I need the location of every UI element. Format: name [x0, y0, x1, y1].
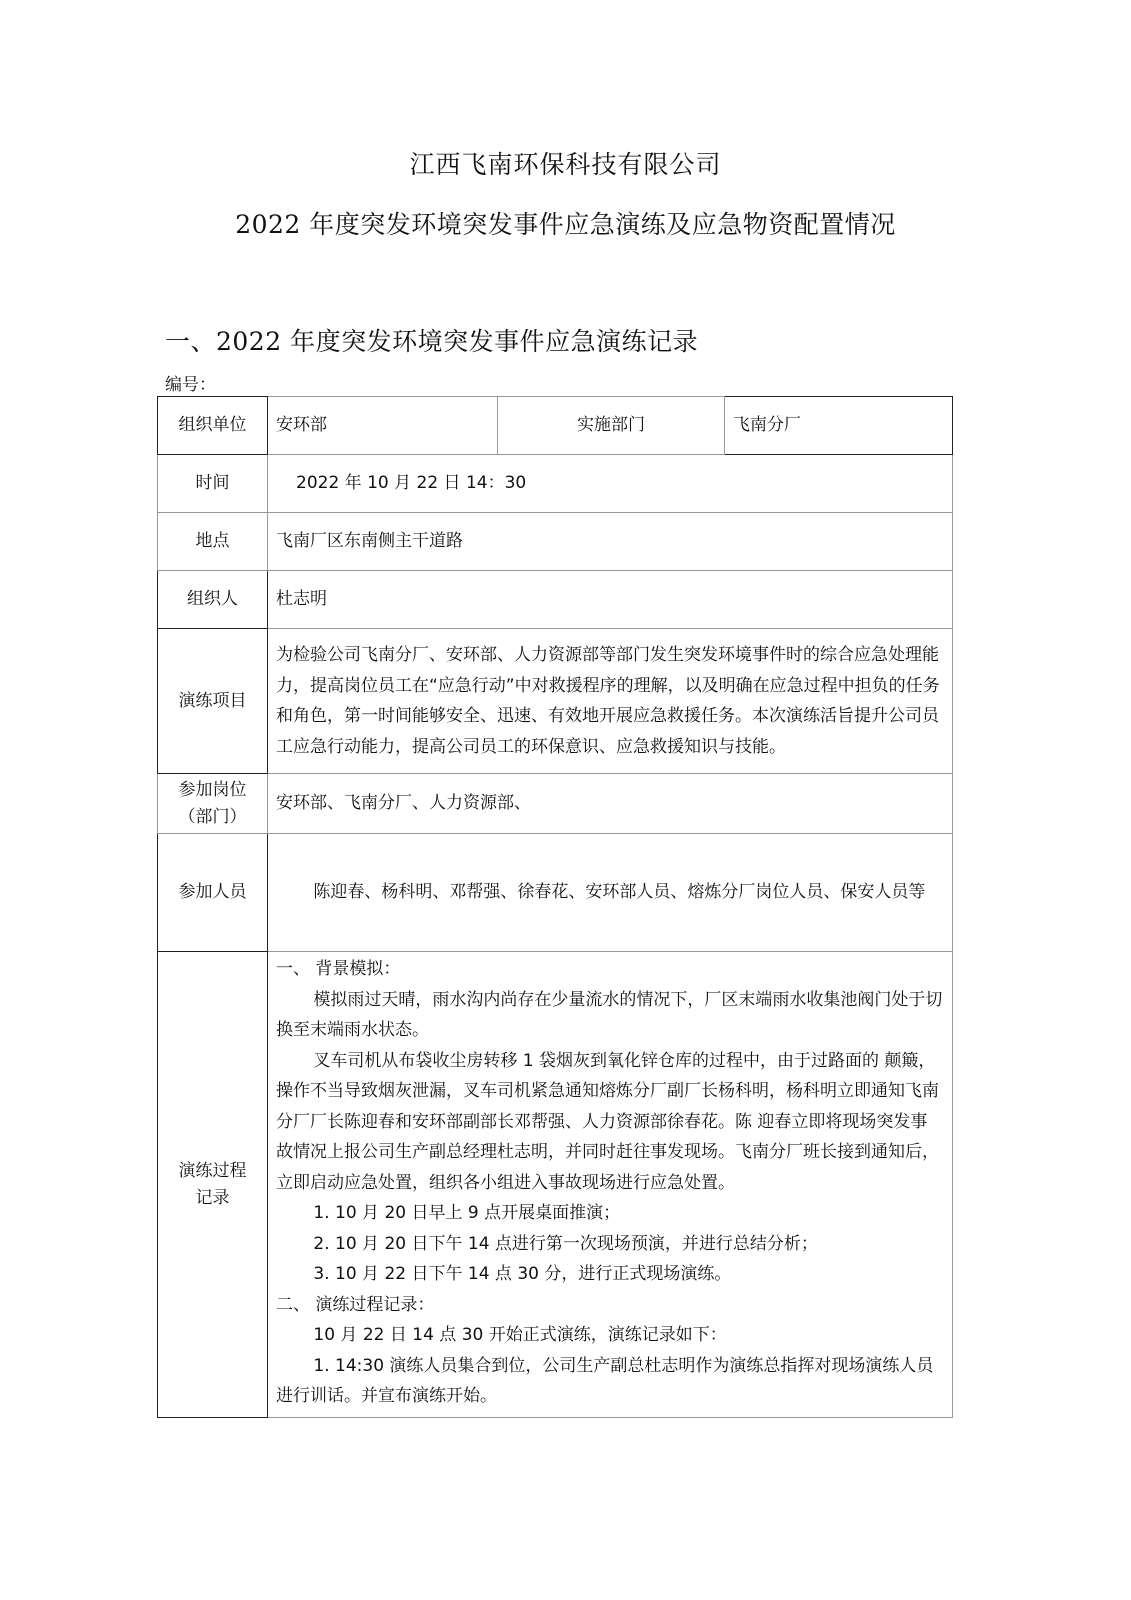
time-label: 时间	[158, 455, 268, 513]
process-paragraph: 叉车司机从布袋收尘房转移 1 袋烟灰到氧化锌仓库的过程中，由于过路面的 颠簸，操…	[276, 1046, 944, 1199]
impl-dept-value: 飞南分厂	[725, 397, 953, 455]
people-value: 陈迎春、杨科明、邓帮强、徐春花、安环部人员、熔炼分厂岗位人员、保安人员等	[268, 834, 953, 952]
process-paragraph: 10 月 22 日 14 点 30 开始正式演练，演练记录如下：	[276, 1320, 944, 1351]
company-title: 江西飞南环保科技有限公司	[0, 145, 1131, 181]
process-step: 3. 10 月 22 日下午 14 点 30 分，进行正式现场演练。	[276, 1259, 944, 1290]
process-label-line2: 记录	[166, 1185, 259, 1212]
table-row: 参加人员 陈迎春、杨科明、邓帮强、徐春花、安环部人员、熔炼分厂岗位人员、保安人员…	[158, 834, 953, 952]
drill-record-table: 组织单位 安环部 实施部门 飞南分厂 时间 2022 年 10 月 22 日 1…	[157, 396, 953, 1418]
place-value: 飞南厂区东南侧主干道路	[268, 513, 953, 571]
project-value: 为检验公司飞南分厂、安环部、人力资源部等部门发生突发环境事件时的综合应急处理能力…	[268, 629, 953, 774]
table-row: 组织单位 安环部 实施部门 飞南分厂	[158, 397, 953, 455]
process-label: 演练过程 记录	[158, 952, 268, 1418]
depts-label-line2: （部门）	[166, 804, 259, 831]
process-label-line1: 演练过程	[166, 1158, 259, 1185]
serial-number-label: 编号：	[165, 370, 216, 395]
project-label: 演练项目	[158, 629, 268, 774]
organizer-label: 组织人	[158, 571, 268, 629]
time-value: 2022 年 10 月 22 日 14：30	[268, 455, 953, 513]
table-row: 参加岗位 （部门） 安环部、飞南分厂、人力资源部、	[158, 774, 953, 834]
table-row: 地点 飞南厂区东南侧主干道路	[158, 513, 953, 571]
depts-label: 参加岗位 （部门）	[158, 774, 268, 834]
depts-label-line1: 参加岗位	[166, 777, 259, 804]
process-paragraph: 1. 14:30 演练人员集合到位，公司生产副总杜志明作为演练总指挥对现场演练人…	[276, 1351, 944, 1412]
people-label: 参加人员	[158, 834, 268, 952]
table-row: 演练过程 记录 一、 背景模拟： 模拟雨过天晴，雨水沟内尚存在少量流水的情况下，…	[158, 952, 953, 1418]
document-title: 2022 年度突发环境突发事件应急演练及应急物资配置情况	[0, 205, 1131, 241]
organizer-value: 杜志明	[268, 571, 953, 629]
org-unit-label: 组织单位	[158, 397, 268, 455]
section-heading: 一、2022 年度突发环境突发事件应急演练记录	[165, 322, 698, 358]
process-value: 一、 背景模拟： 模拟雨过天晴，雨水沟内尚存在少量流水的情况下，厂区末端雨水收集…	[268, 952, 953, 1418]
table-row: 演练项目 为检验公司飞南分厂、安环部、人力资源部等部门发生突发环境事件时的综合应…	[158, 629, 953, 774]
table-row: 组织人 杜志明	[158, 571, 953, 629]
place-label: 地点	[158, 513, 268, 571]
process-paragraph: 模拟雨过天晴，雨水沟内尚存在少量流水的情况下，厂区末端雨水收集池阀门处于切换至末…	[276, 985, 944, 1046]
process-step: 1. 10 月 20 日早上 9 点开展桌面推演；	[276, 1198, 944, 1229]
org-unit-value: 安环部	[268, 397, 498, 455]
depts-value: 安环部、飞南分厂、人力资源部、	[268, 774, 953, 834]
process-step: 2. 10 月 20 日下午 14 点进行第一次现场预演，并进行总结分析；	[276, 1229, 944, 1260]
process-heading-2: 二、 演练过程记录：	[276, 1290, 944, 1321]
process-heading-1: 一、 背景模拟：	[276, 954, 944, 985]
table-row: 时间 2022 年 10 月 22 日 14：30	[158, 455, 953, 513]
impl-dept-label: 实施部门	[498, 397, 725, 455]
